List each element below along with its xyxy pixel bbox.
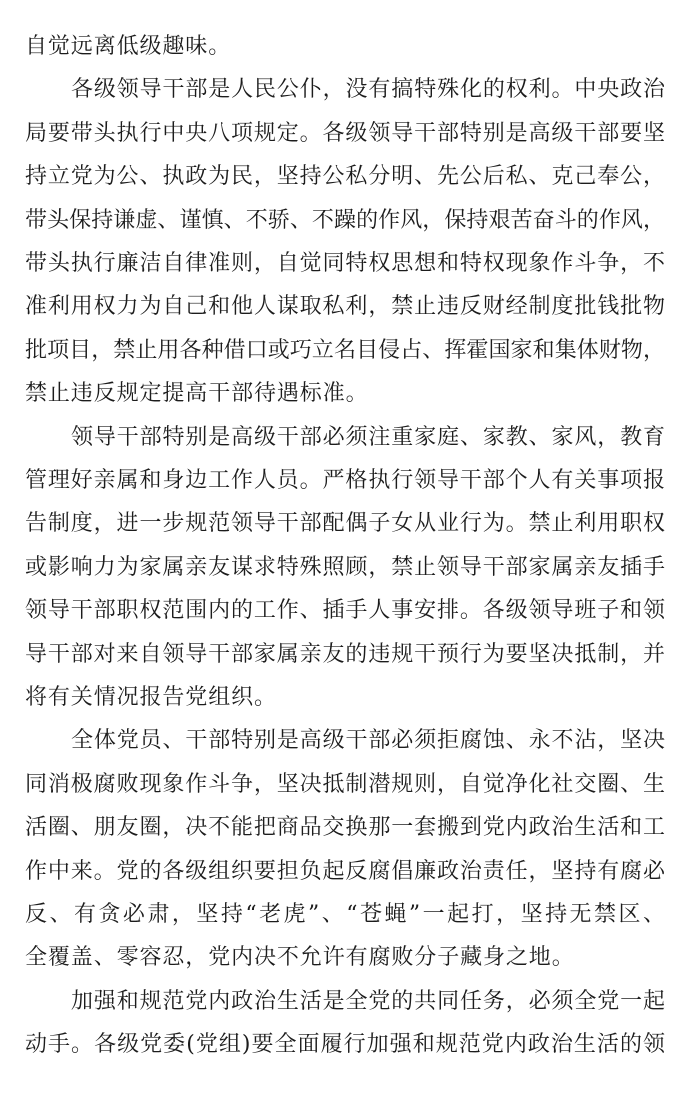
text-line: 告制度，进一步规范领导干部配偶子女从业行为。禁止利用职权 — [25, 509, 665, 539]
paragraph-start-line: 领导干部特别是高级干部必须注重家庭、家教、家风，教育 — [71, 423, 665, 453]
text-line: 批项目，禁止用各种借口或巧立名目侵占、挥霍国家和集体财物， — [25, 336, 665, 366]
text-line: 导干部对来自领导干部家属亲友的违规干预行为要坚决抵制，并 — [25, 640, 665, 670]
text-line: 准利用权力为自己和他人谋取私利，禁止违反财经制度批钱批物 — [25, 292, 665, 322]
paragraph-start-line: 全体党员、干部特别是高级干部必须拒腐蚀、永不沾，坚决 — [71, 726, 665, 756]
text-line: 带头执行廉洁自律准则，自觉同特权思想和特权现象作斗争，不 — [25, 249, 665, 279]
text-line: 禁止违反规定提高干部待遇标准。 — [25, 379, 369, 409]
text-line: 带头保持谦虚、谨慎、不骄、不躁的作风，保持艰苦奋斗的作风， — [25, 206, 665, 236]
text-line: 活圈、朋友圈，决不能把商品交换那一套搬到党内政治生活和工 — [25, 813, 665, 843]
text-line: 领导干部职权范围内的工作、插手人事安排。各级领导班子和领 — [25, 596, 665, 626]
text-line: 局要带头执行中央八项规定。各级领导干部特别是高级干部要坚 — [25, 119, 665, 149]
text-line: 或影响力为家属亲友谋求特殊照顾，禁止领导干部家属亲友插手 — [25, 553, 665, 583]
text-line: 反、有贪必肃，坚持“老虎”、“苍蝇”一起打，坚持无禁区、 — [25, 900, 665, 930]
document-page: 自觉远离低级趣味。 各级领导干部是人民公仆，没有搞特殊化的权利。中央政治 局要带… — [0, 0, 691, 1096]
paragraph-start-line: 各级领导干部是人民公仆，没有搞特殊化的权利。中央政治 — [71, 75, 665, 105]
text-line: 全覆盖、零容忍，党内决不允许有腐败分子藏身之地。 — [25, 943, 575, 973]
text-line: 同消极腐败现象作斗争，坚决抵制潜规则，自觉净化社交圈、生 — [25, 770, 665, 800]
text-line: 自觉远离低级趣味。 — [25, 32, 231, 62]
text-line: 将有关情况报告党组织。 — [25, 683, 277, 713]
text-line: 动手。各级党委(党组)要全面履行加强和规范党内政治生活的领 — [25, 1030, 665, 1060]
paragraph-start-line: 加强和规范党内政治生活是全党的共同任务，必须全党一起 — [71, 987, 665, 1017]
text-line: 管理好亲属和身边工作人员。严格执行领导干部个人有关事项报 — [25, 466, 665, 496]
text-line: 持立党为公、执政为民，坚持公私分明、先公后私、克己奉公， — [25, 162, 665, 192]
text-line: 作中来。党的各级组织要担负起反腐倡廉政治责任，坚持有腐必 — [25, 857, 665, 887]
